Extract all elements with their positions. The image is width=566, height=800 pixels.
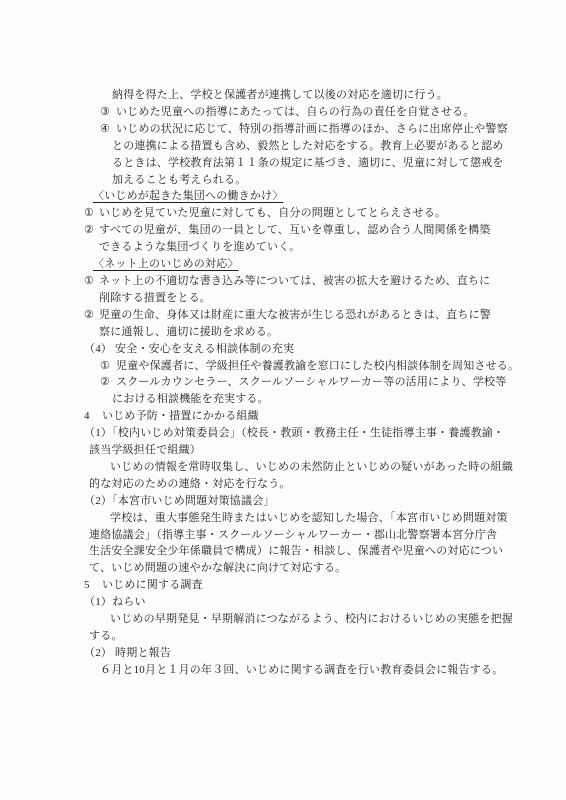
document-line: ①児童や保護者に、学級担任や養護教諭を窓口にした校内相談体制を周知させる。 — [84, 358, 502, 375]
circled-item-marker: ② — [100, 374, 116, 391]
line-text: （4） 安全・安心を支える相談体制の充実 — [84, 343, 294, 355]
line-text: 学校は、重大事態発生時またはいじめを認知した場合、「本宮市いじめ問題対策 — [110, 512, 508, 524]
document-line: 〈ネット上のいじめの対応〉 — [84, 256, 502, 273]
document-line: ①ネット上の不適切な書き込み等については、被害の拡大を避けるため、直ちに — [84, 273, 502, 290]
subsection-heading: 〈いじめが起きた集団への働きかけ〉 — [93, 190, 283, 202]
document-line: （2） 時期と報告 — [84, 645, 502, 662]
line-text: 的な対応のための連絡・対応を行なう。 — [89, 478, 291, 490]
document-line: ６月と10月と１月の年３回、いじめに関する調査を行い教育委員会に報告する。 — [84, 662, 502, 679]
line-text: いじめに関する調査 — [102, 579, 203, 591]
document-line: ②スクールカウンセラー、スクールソーシャルワーカー等の活用により、学校等 — [84, 374, 502, 391]
line-text: すべての児童が、集団の一員として、互いを尊重し、認め合う人間関係を構築 — [99, 224, 491, 236]
document-line: 削除する措置をとる。 — [84, 290, 502, 307]
line-text: 児童の生命、身体又は財産に重大な被害が生じる恐れがあるときは、直ちに警 — [99, 309, 491, 321]
line-text: いじめた児童への指導にあたっては、自らの行為の責任を自覚させる。 — [116, 106, 474, 118]
document-line: ④いじめの状況に応じて、特別の指導計画に指導のほか、さらに出席停止や警察 — [84, 121, 502, 138]
line-text: るときは、学校教育法第１１条の規定に基づき、適切に、児童に対して懲戒を — [112, 157, 504, 169]
document-line: する。 — [84, 628, 502, 645]
line-text: （1）「校内いじめ対策委員会」（校長・教頭・教務主任・生徒指導主事・養護教諭・ — [84, 427, 504, 439]
document-line: 〈いじめが起きた集団への働きかけ〉 — [84, 188, 502, 205]
document-line: 連絡協議会」（指導主事・スクールソーシャルワーカー・郡山北警察署本宮分庁舎 — [84, 527, 502, 544]
document-line: ②児童の生命、身体又は財産に重大な被害が生じる恐れがあるときは、直ちに警 — [84, 307, 502, 324]
line-text: 児童や保護者に、学級担任や養護教諭を窓口にした校内相談体制を周知させる。 — [116, 360, 519, 372]
line-text: する。 — [89, 630, 123, 642]
line-text: ネット上の不適切な書き込み等については、被害の拡大を避けるため、直ちに — [99, 275, 490, 287]
document-page: 納得を得た上、学校と保護者が連携して以後の対応を適切に行う。③いじめた児童への指… — [0, 0, 566, 800]
document-line: いじめの情報を常時収集し、いじめの未然防止といじめの疑いがあった時の組織 — [84, 459, 502, 476]
line-text: 削除する措置をとる。 — [99, 292, 211, 304]
document-line: いじめの早期発見・早期解消につながるよう、校内におけるいじめの実態を把握 — [84, 611, 502, 628]
document-line: るときは、学校教育法第１１条の規定に基づき、適切に、児童に対して懲戒を — [84, 155, 502, 172]
document-line: ①いじめを見ていた児童に対しても、自分の問題としてとらえさせる。 — [84, 205, 502, 222]
line-text: いじめの状況に応じて、特別の指導計画に指導のほか、さらに出席停止や警察 — [116, 123, 508, 135]
document-line: （4） 安全・安心を支える相談体制の充実 — [84, 341, 502, 358]
document-line: における相談機能を充実する。 — [84, 391, 502, 408]
document-line: 生活安全課安全少年係職員で構成）に報告・相談し、保護者や児童への対応につい — [84, 543, 502, 560]
document-line: （1）ねらい — [84, 594, 502, 611]
line-text: （2）「本宮市いじめ問題対策協議会」 — [84, 495, 275, 507]
line-text: 生活安全課安全少年係職員で構成）に報告・相談し、保護者や児童への対応につい — [89, 545, 503, 557]
document-line: との連携による措置も含め、毅然とした対応をする。教育上必要があると認め — [84, 138, 502, 155]
circled-item-marker: ② — [84, 307, 99, 324]
line-text: いじめ予防・措置にかかる組織 — [102, 410, 259, 422]
line-text: いじめの情報を常時収集し、いじめの未然防止といじめの疑いがあった時の組織 — [110, 461, 513, 473]
document-line: て、いじめ問題の速やかな解決に向けて対応する。 — [84, 560, 502, 577]
line-text: 連絡協議会」（指導主事・スクールソーシャルワーカー・郡山北警察署本宮分庁舎 — [89, 529, 497, 541]
line-text: 加えることも考えられる。 — [112, 174, 246, 186]
line-text: できるような集団づくりを進めていく。 — [99, 241, 300, 253]
document-line: ②すべての児童が、集団の一員として、互いを尊重し、認め合う人間関係を構築 — [84, 222, 502, 239]
line-text: ６月と10月と１月の年３回、いじめに関する調査を行い教育委員会に報告する。 — [100, 664, 503, 676]
circled-item-marker: ② — [84, 222, 99, 239]
section-number: 5 — [84, 577, 102, 594]
line-text: との連携による措置も含め、毅然とした対応をする。教育上必要があると認め — [112, 140, 504, 152]
section-number: 4 — [84, 408, 102, 425]
line-text: いじめを見ていた児童に対しても、自分の問題としてとらえさせる。 — [99, 207, 446, 219]
line-text: スクールカウンセラー、スクールソーシャルワーカー等の活用により、学校等 — [116, 376, 506, 388]
document-line: 4いじめ予防・措置にかかる組織 — [84, 408, 502, 425]
line-text: （2） 時期と報告 — [84, 647, 171, 659]
circled-item-marker: ④ — [100, 121, 116, 138]
line-text: （1）ねらい — [84, 596, 146, 608]
document-line: 納得を得た上、学校と保護者が連携して以後の対応を適切に行う。 — [84, 87, 502, 104]
document-line: 該当学級担任で組織） — [84, 442, 502, 459]
document-line: 察に通報し、適切に援助を求める。 — [84, 324, 502, 341]
document-line: （2）「本宮市いじめ問題対策協議会」 — [84, 493, 502, 510]
circled-item-marker: ③ — [100, 104, 116, 121]
document-line: 5いじめに関する調査 — [84, 577, 502, 594]
document-line: 加えることも考えられる。 — [84, 172, 502, 189]
line-text: て、いじめ問題の速やかな解決に向けて対応する。 — [89, 562, 346, 574]
circled-item-marker: ① — [100, 358, 116, 375]
line-text: 納得を得た上、学校と保護者が連携して以後の対応を適切に行う。 — [112, 89, 448, 101]
circled-item-marker: ① — [84, 273, 99, 290]
line-text: 察に通報し、適切に援助を求める。 — [99, 326, 278, 338]
document-line: 学校は、重大事態発生時またはいじめを認知した場合、「本宮市いじめ問題対策 — [84, 510, 502, 527]
document-line: できるような集団づくりを進めていく。 — [84, 239, 502, 256]
document-line: ③いじめた児童への指導にあたっては、自らの行為の責任を自覚させる。 — [84, 104, 502, 121]
line-text: いじめの早期発見・早期解消につながるよう、校内におけるいじめの実態を把握 — [110, 613, 513, 625]
subsection-heading: 〈ネット上のいじめの対応〉 — [93, 258, 239, 270]
document-line: （1）「校内いじめ対策委員会」（校長・教頭・教務主任・生徒指導主事・養護教諭・ — [84, 425, 502, 442]
document-line: 的な対応のための連絡・対応を行なう。 — [84, 476, 502, 493]
line-text: 該当学級担任で組織） — [89, 444, 201, 456]
line-text: における相談機能を充実する。 — [112, 393, 269, 405]
circled-item-marker: ① — [84, 205, 99, 222]
document-text-block: 納得を得た上、学校と保護者が連携して以後の対応を適切に行う。③いじめた児童への指… — [84, 87, 502, 679]
